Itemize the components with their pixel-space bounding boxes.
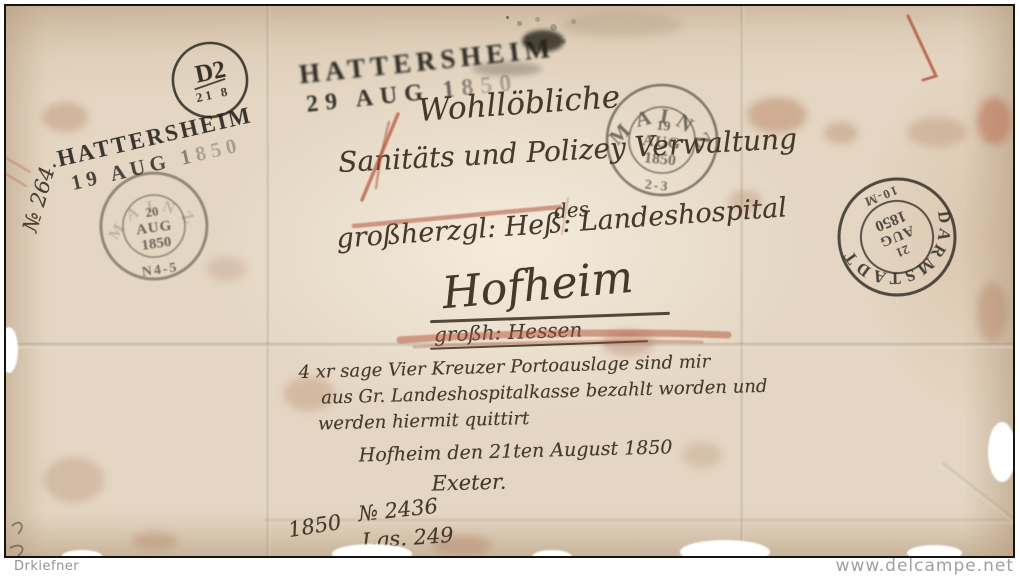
darmstadt-day: 21 bbox=[894, 242, 912, 261]
mainz-worn-postmark: MAINZ 20 AUG 1850 N4-5 bbox=[84, 156, 225, 297]
stain bbox=[562, 12, 682, 38]
paper-tear bbox=[62, 550, 102, 558]
paper-tear bbox=[988, 422, 1015, 482]
darmstadt-postmark: DARMSTADT 21 AUG 1850 10-M bbox=[807, 147, 987, 327]
paper-tear bbox=[680, 540, 770, 558]
letter-paper: № 264. D2 21 8 HATTERSHEIM 19 AUG 1850 M… bbox=[4, 4, 1015, 558]
stain bbox=[132, 532, 178, 550]
stain bbox=[977, 282, 1007, 342]
ink-smudge bbox=[472, 62, 542, 76]
stain bbox=[42, 102, 88, 132]
mainz-worn-day: 20 bbox=[144, 203, 159, 220]
red-edge-scribble bbox=[6, 158, 30, 186]
filing-year: 1850 bbox=[286, 510, 343, 542]
ink-smudge bbox=[522, 30, 564, 52]
paper-tear bbox=[332, 544, 412, 558]
mainz-worn-time: N4-5 bbox=[141, 260, 180, 280]
address-line-destination: Hofheim bbox=[440, 252, 635, 319]
ink-speckles bbox=[506, 16, 509, 19]
registry-note-handwritten: № 264. bbox=[18, 158, 61, 235]
receipt-signature: Exeter. bbox=[431, 462, 770, 497]
watermark-delcampe: www.delcampe.net bbox=[836, 556, 1014, 576]
mainz-time: 2-3 bbox=[644, 177, 670, 194]
address-line-authority: Sanitäts und Polizey Verwaltung bbox=[337, 122, 797, 179]
paper-tear bbox=[532, 550, 572, 558]
stain bbox=[977, 97, 1011, 145]
stain bbox=[907, 117, 967, 147]
stain bbox=[44, 457, 104, 503]
pencil-scribble bbox=[6, 518, 46, 558]
fold-crease-vertical-left bbox=[267, 6, 270, 558]
red-corner-mark bbox=[908, 16, 936, 80]
stain bbox=[824, 122, 858, 144]
scanned-letter-canvas: № 264. D2 21 8 HATTERSHEIM 19 AUG 1850 M… bbox=[0, 0, 1020, 576]
receipt-block: 4 xr sage Vier Kreuzer Portoauslage sind… bbox=[292, 348, 770, 500]
paper-tear bbox=[4, 327, 18, 373]
watermark-collector: Drkiefner bbox=[14, 559, 79, 574]
mainz-worn-year: 1850 bbox=[140, 234, 172, 254]
